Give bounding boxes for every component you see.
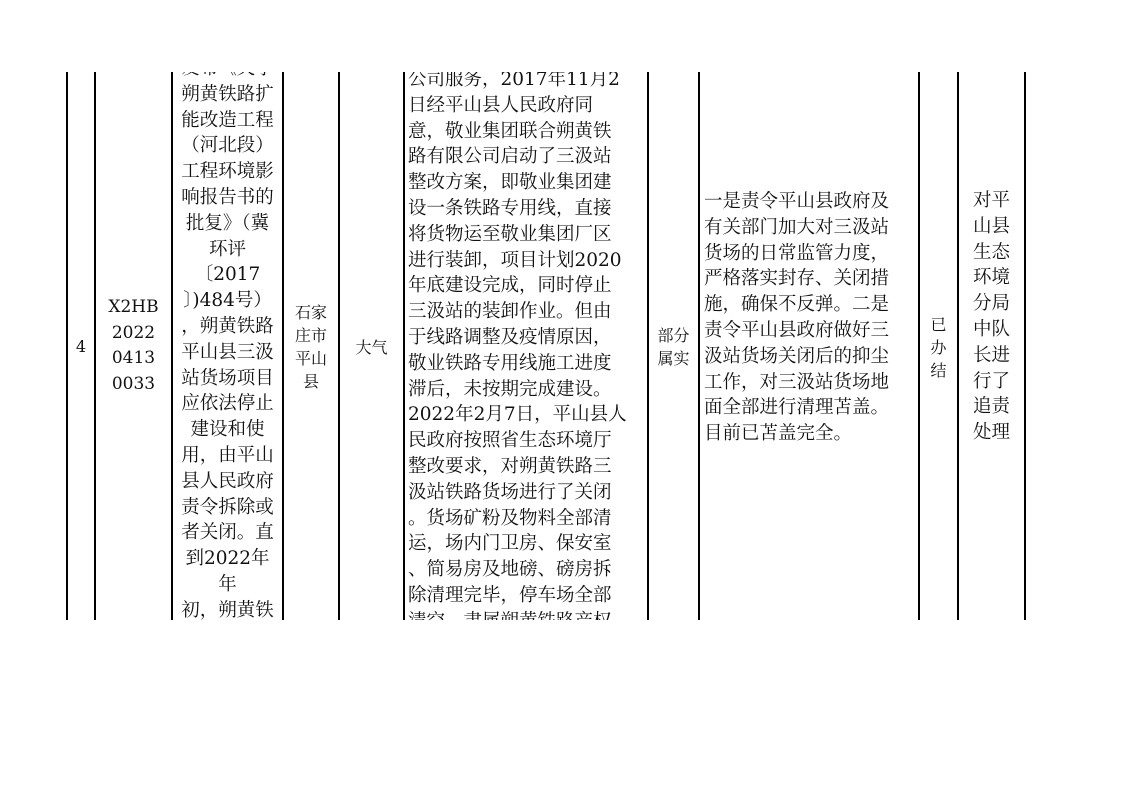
verification-result: 部分 属实 [657,323,689,369]
status-badge: 已 办 结 [930,312,946,381]
issue-description: 发布《关于 朔黄铁路扩 能改造工程 （河北段） 工程环境影 响报告书的 批复》（… [173,72,282,620]
document-page: 4 X2HB 2022 0413 0033 发布《关于 朔黄铁路扩 能改造工程 … [0,0,1122,793]
administrative-area: 石家 庄市 平山 县 [295,300,327,392]
investigation-progress: 公司服务，2017年11月2 日经平山县人民政府同 意，敬业集团联合朔黄铁 路有… [405,72,647,620]
cell-status: 已 办 结 [920,72,957,620]
accountability: 对平 山县 生态 环境 分局 中队 长进 行了 追责 处理 [959,188,1024,446]
cell-rectification-measures: 一是责令平山县政府及 有关部门加大对三汲站 货场的日常监管力度， 严格落实封存、… [700,72,918,620]
cell-pollution-type: 大气 [340,72,403,620]
case-id: X2HB 2022 0413 0033 [108,295,158,397]
cell-issue-description: 发布《关于 朔黄铁路扩 能改造工程 （河北段） 工程环境影 响报告书的 批复》（… [173,72,282,620]
cell-case-id: X2HB 2022 0413 0033 [96,72,171,620]
cell-accountability: 对平 山县 生态 环境 分局 中队 长进 行了 追责 处理 [959,72,1024,620]
cell-row-number: 4 [68,72,94,620]
cell-verification: 部分 属实 [649,72,698,620]
row-number: 4 [76,337,86,356]
cell-investigation-progress: 公司服务，2017年11月2 日经平山县人民政府同 意，敬业集团联合朔黄铁 路有… [405,72,647,620]
cell-administrative-area: 石家 庄市 平山 县 [284,72,338,620]
rectification-measures: 一是责令平山县政府及 有关部门加大对三汲站 货场的日常监管力度， 严格落实封存、… [700,189,918,447]
table-border-line [1024,72,1026,620]
pollution-type: 大气 [355,335,387,358]
